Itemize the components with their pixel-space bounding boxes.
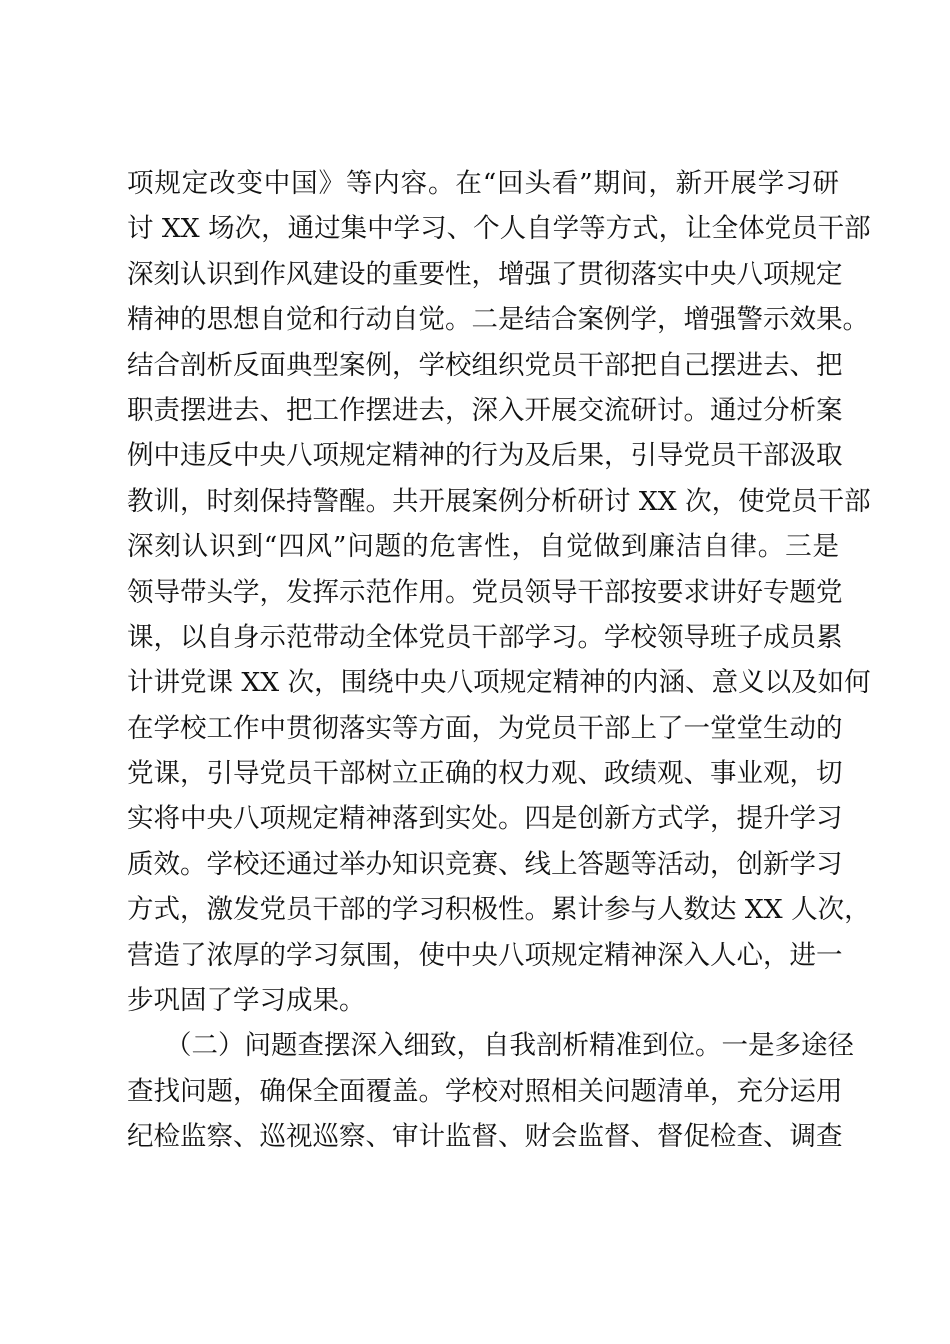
text-line: 教训，时刻保持警醒。共开展案例分析研讨 XX 次，使党员干部 bbox=[127, 479, 839, 524]
text-line: 讨 XX 场次，通过集中学习、个人自学等方式，让全体党员干部 bbox=[127, 206, 839, 251]
document-page: 项规定改变中国》等内容。在“回头看”期间，新开展学习研 讨 XX 场次，通过集中… bbox=[0, 0, 950, 1344]
text-line: 查找问题，确保全面覆盖。学校对照相关问题清单，充分运用 bbox=[127, 1069, 839, 1114]
text-line: 方式，激发党员干部的学习积极性。累计参与人数达 XX 人次， bbox=[127, 887, 839, 932]
text-line: 计讲党课 XX 次，围绕中央八项规定精神的内涵、意义以及如何 bbox=[127, 660, 839, 705]
text-line: 课，以自身示范带动全体党员干部学习。学校领导班子成员累 bbox=[127, 615, 839, 660]
text-line: 深刻认识到作风建设的重要性，增强了贯彻落实中央八项规定 bbox=[127, 252, 839, 297]
text-line: 质效。学校还通过举办知识竞赛、线上答题等活动，创新学习 bbox=[127, 842, 839, 887]
text-line: 职责摆进去、把工作摆进去，深入开展交流研讨。通过分析案 bbox=[127, 388, 839, 433]
text-line: 领导带头学，发挥示范作用。党员领导干部按要求讲好专题党 bbox=[127, 570, 839, 615]
text-line: 实将中央八项规定精神落到实处。四是创新方式学，提升学习 bbox=[127, 796, 839, 841]
text-line: 纪检监察、巡视巡察、审计监督、财会监督、督促检查、调查 bbox=[127, 1114, 839, 1159]
text-line: 步巩固了学习成果。 bbox=[127, 978, 839, 1023]
text-line: 在学校工作中贯彻落实等方面，为党员干部上了一堂堂生动的 bbox=[127, 706, 839, 751]
text-line: 营造了浓厚的学习氛围，使中央八项规定精神深入人心，进一 bbox=[127, 933, 839, 978]
text-line: 党课，引导党员干部树立正确的权力观、政绩观、事业观，切 bbox=[127, 751, 839, 796]
text-line: 项规定改变中国》等内容。在“回头看”期间，新开展学习研 bbox=[127, 161, 839, 206]
section-heading-line: （二）问题查摆深入细致，自我剖析精准到位。一是多途径 bbox=[127, 1023, 839, 1068]
text-line: 精神的思想自觉和行动自觉。二是结合案例学，增强警示效果。 bbox=[127, 297, 839, 342]
text-line: 深刻认识到“四风”问题的危害性，自觉做到廉洁自律。三是 bbox=[127, 524, 839, 569]
text-line: 结合剖析反面典型案例，学校组织党员干部把自己摆进去、把 bbox=[127, 343, 839, 388]
text-line: 例中违反中央八项规定精神的行为及后果，引导党员干部汲取 bbox=[127, 433, 839, 478]
body-text: 项规定改变中国》等内容。在“回头看”期间，新开展学习研 讨 XX 场次，通过集中… bbox=[127, 161, 839, 1160]
